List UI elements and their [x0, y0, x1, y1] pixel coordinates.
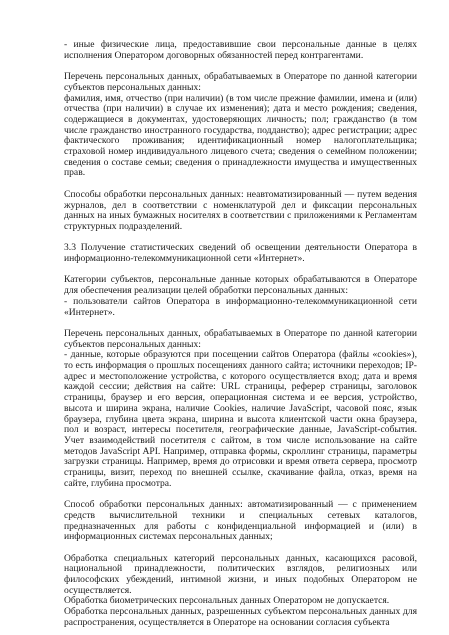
paragraph-processing-methods-manual: Способы обработки персональных данных: н…: [64, 190, 417, 233]
document-page: - иные физические лица, предоставившие с…: [64, 40, 417, 629]
subject-categories-intro: Категории субъектов, персональные данные…: [64, 275, 417, 296]
pd-list-2-items: - данные, которые образуются при посещен…: [64, 350, 417, 489]
pd-list-2-intro: Перечень персональных данных, обрабатыва…: [64, 329, 417, 350]
special-categories-text: Обработка специальных категорий персонал…: [64, 554, 417, 597]
section-heading-3-3: 3.3 Получение статистических сведений об…: [64, 243, 417, 264]
paragraph-subject-categories: Категории субъектов, персональные данные…: [64, 275, 417, 318]
paragraph-pd-list-1: Перечень персональных данных, обрабатыва…: [64, 72, 417, 179]
paragraph-processing-methods-automated: Способ обработки персональных данных: ав…: [64, 500, 417, 543]
pd-list-1-items: фамилия, имя, отчество (при наличии) (в …: [64, 94, 417, 180]
paragraph-special-categories: Обработка специальных категорий персонал…: [64, 554, 417, 629]
paragraph-pd-list-2: Перечень персональных данных, обрабатыва…: [64, 329, 417, 490]
subject-categories-item: - пользователи сайтов Оператора в информ…: [64, 297, 417, 318]
paragraph-other-persons: - иные физические лица, предоставившие с…: [64, 40, 417, 61]
distribution-consent-text: Обработка персональных данных, разрешенн…: [64, 607, 417, 628]
pd-list-1-intro: Перечень персональных данных, обрабатыва…: [64, 72, 417, 93]
